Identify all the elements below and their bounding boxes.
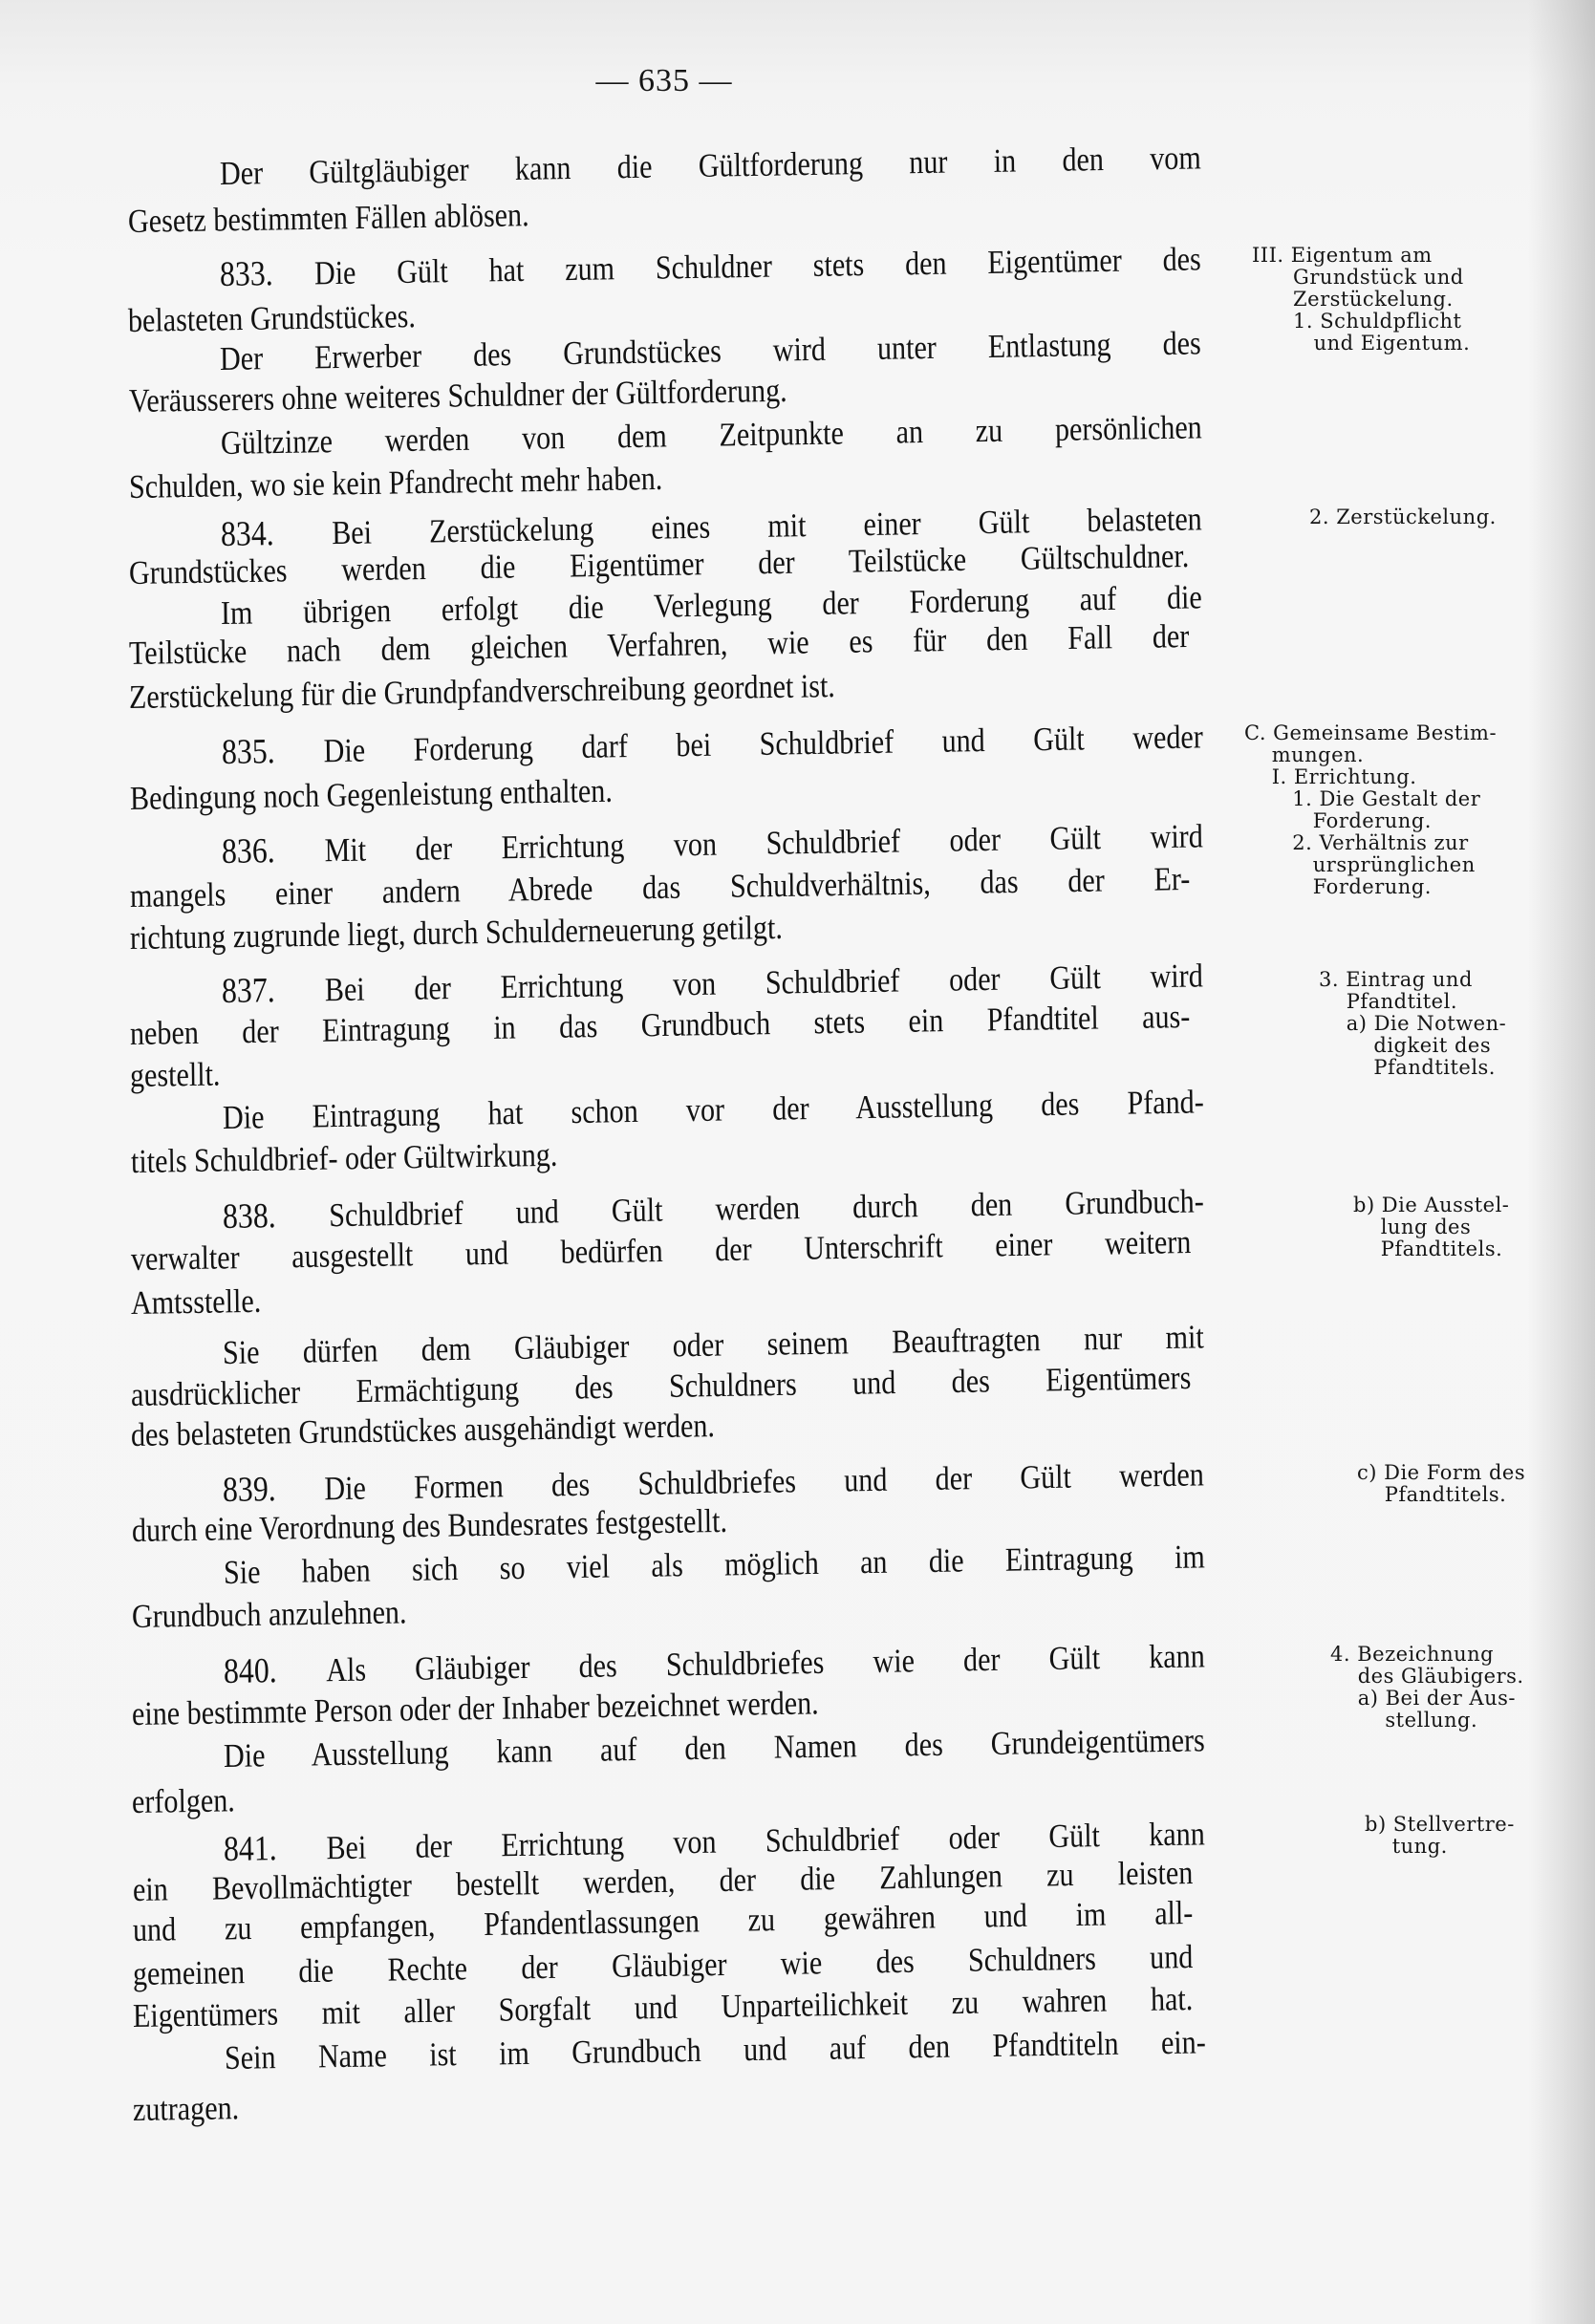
margin-note: 2. Zerstückelung. — [1309, 506, 1497, 528]
line-text: richtung zugrunde liegt, durch Schuldern… — [130, 909, 783, 957]
article-number: 834. — [221, 513, 333, 554]
text-line: zutragen. — [133, 2074, 1194, 2129]
line-text: titels Schuldbrief- oder Gültwirkung. — [131, 1136, 558, 1180]
line-text: gestellt. — [130, 1055, 221, 1094]
article-number: 833. — [220, 253, 314, 294]
margin-note-line: Grundstück und — [1252, 267, 1470, 289]
margin-note-line: 4. Bezeichnung — [1330, 1644, 1524, 1666]
text-line: Der Gültgläubiger kann die Gültforderung… — [220, 139, 1201, 193]
margin-note-line: c) Die Form des — [1357, 1462, 1525, 1484]
line-text: eine bestimmte Person oder der Inhaber b… — [132, 1684, 819, 1732]
line-text: Schulden, wo sie kein Pfandrecht mehr ha… — [129, 460, 663, 506]
margin-note-line: 2. Zerstückelung. — [1309, 506, 1497, 528]
line-text: Gesetz bestimmten Fällen ablösen. — [128, 196, 529, 240]
line-text: erfolgen. — [132, 1781, 235, 1820]
margin-note-line: mungen. — [1244, 744, 1497, 766]
margin-note: III. Eigentum am Grundstück und Zerstück… — [1252, 245, 1470, 355]
margin-note-line: ursprünglichen — [1244, 854, 1497, 876]
line-text: Veräusserers ohne weiteres Schuldner der… — [129, 372, 787, 420]
article-number: 835. — [222, 731, 324, 772]
margin-note-line: lung des — [1353, 1216, 1509, 1238]
margin-note-line: Pfandtitels. — [1353, 1238, 1509, 1260]
line-text: durch eine Verordnung des Bundesrates fe… — [132, 1502, 727, 1549]
line-text: Die Forderung darf bei Schuldbrief und G… — [323, 718, 1203, 769]
margin-note-line: 2. Verhältnis zur — [1244, 832, 1497, 854]
line-text: Bedingung noch Gegenleistung enthalten. — [130, 772, 613, 817]
line-text: Der Gültgläubiger kann die Gültforderung… — [220, 139, 1201, 192]
line-text: Amtsstelle. — [131, 1282, 262, 1322]
margin-note-line: I. Errichtung. — [1244, 766, 1497, 788]
margin-note: b) Die Ausstel- lung des Pfandtitels. — [1353, 1194, 1509, 1260]
margin-note: b) Stellvertre- tung. — [1365, 1814, 1515, 1858]
margin-note-line: C. Gemeinsame Bestim- — [1244, 722, 1497, 744]
margin-note-line: b) Die Ausstel- — [1353, 1194, 1509, 1216]
line-text: des belasteten Grundstückes ausgehändigt… — [131, 1407, 715, 1453]
margin-note-line: digkeit des — [1319, 1035, 1506, 1057]
article-number: 840. — [224, 1650, 327, 1691]
margin-note-line: Forderung. — [1244, 810, 1497, 832]
margin-note-line: tung. — [1365, 1836, 1515, 1858]
article-number: 837. — [222, 970, 325, 1011]
scanned-page: — 635 — Der Gültgläubiger kann die Gültf… — [0, 0, 1595, 2324]
article-number: 841. — [224, 1828, 327, 1869]
line-text: Grundbuch anzulehnen. — [132, 1593, 407, 1635]
margin-note-line: Zerstückelung. — [1252, 289, 1470, 311]
page-edge-shadow — [1528, 0, 1595, 2324]
margin-note-line: des Gläubigers. — [1330, 1666, 1524, 1688]
margin-note-line: Pfandtitels. — [1357, 1484, 1525, 1506]
line-text: belasteten Grundstückes. — [128, 297, 416, 339]
margin-note-line: a) Die Notwen- — [1319, 1013, 1506, 1035]
margin-note-line: und Eigentum. — [1252, 333, 1470, 355]
margin-note-line: Pfandtitels. — [1319, 1057, 1506, 1079]
margin-note: 4. Bezeichnung des Gläubigers. a) Bei de… — [1330, 1644, 1524, 1732]
margin-note-line: a) Bei der Aus- — [1330, 1688, 1524, 1710]
article-number: 839. — [223, 1469, 325, 1510]
page-number: — 635 — — [0, 63, 1328, 99]
margin-note-line: III. Eigentum am — [1252, 245, 1470, 267]
text-line: Gesetz bestimmten Fällen ablösen. — [128, 185, 1189, 241]
margin-note-line: 3. Eintrag und — [1319, 969, 1506, 991]
margin-note: C. Gemeinsame Bestim- mungen. I. Erricht… — [1244, 722, 1497, 898]
margin-note-line: Forderung. — [1244, 876, 1497, 898]
margin-note: c) Die Form des Pfandtitels. — [1357, 1462, 1525, 1506]
article-number: 838. — [223, 1195, 330, 1237]
line-text: Zerstückelung für die Grundpfandverschre… — [129, 667, 835, 716]
article-number: 836. — [222, 830, 325, 871]
line-text: zutragen. — [133, 2089, 240, 2128]
margin-note-line: 1. Die Gestalt der — [1244, 788, 1497, 810]
margin-note-line: stellung. — [1330, 1710, 1524, 1732]
margin-note-line: 1. Schuldpflicht — [1252, 311, 1470, 333]
margin-note-line: Pfandtitel. — [1319, 991, 1506, 1013]
margin-note-line: b) Stellvertre- — [1365, 1814, 1515, 1836]
margin-note: 3. Eintrag und Pfandtitel. a) Die Notwen… — [1319, 969, 1506, 1079]
line-text: Die Gült hat zum Schuldner stets den Eig… — [314, 240, 1201, 291]
